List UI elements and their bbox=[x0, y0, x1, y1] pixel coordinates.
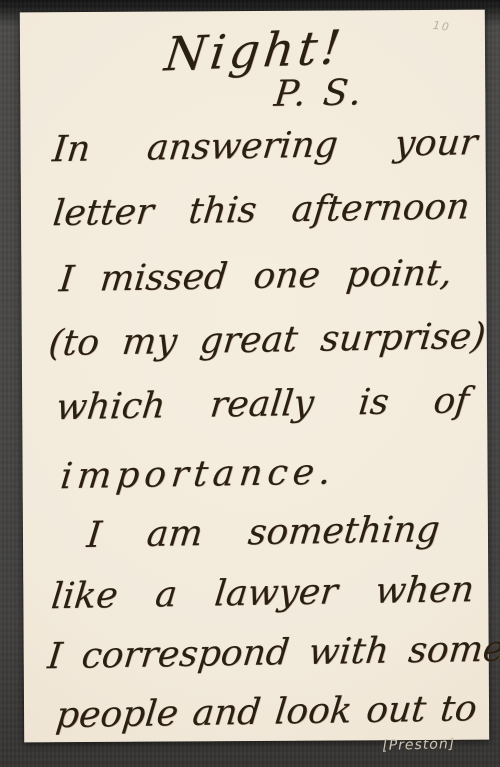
letter-line: (to my great surprise) bbox=[47, 319, 487, 362]
letter-line: which really is of bbox=[54, 383, 470, 426]
postscript-label: P. S. bbox=[272, 75, 366, 113]
letter-heading: Night! bbox=[162, 24, 347, 78]
letter-line: people and look out to bbox=[54, 691, 478, 734]
letter-line: like a lawyer when bbox=[49, 572, 475, 615]
letter-line: I missed one point, bbox=[58, 256, 454, 299]
letter-line: I am something bbox=[85, 512, 441, 554]
letter-line: importance. bbox=[59, 455, 338, 496]
archival-annotation: [Preston] bbox=[382, 736, 455, 754]
letter-page: 10 Night! P. S. In answering your letter… bbox=[20, 10, 489, 743]
pencil-page-number: 10 bbox=[432, 19, 452, 34]
letter-line: In answering your bbox=[51, 125, 479, 168]
letter-line: I correspond with some bbox=[46, 632, 500, 676]
letter-line: letter this afternoon bbox=[51, 189, 471, 232]
